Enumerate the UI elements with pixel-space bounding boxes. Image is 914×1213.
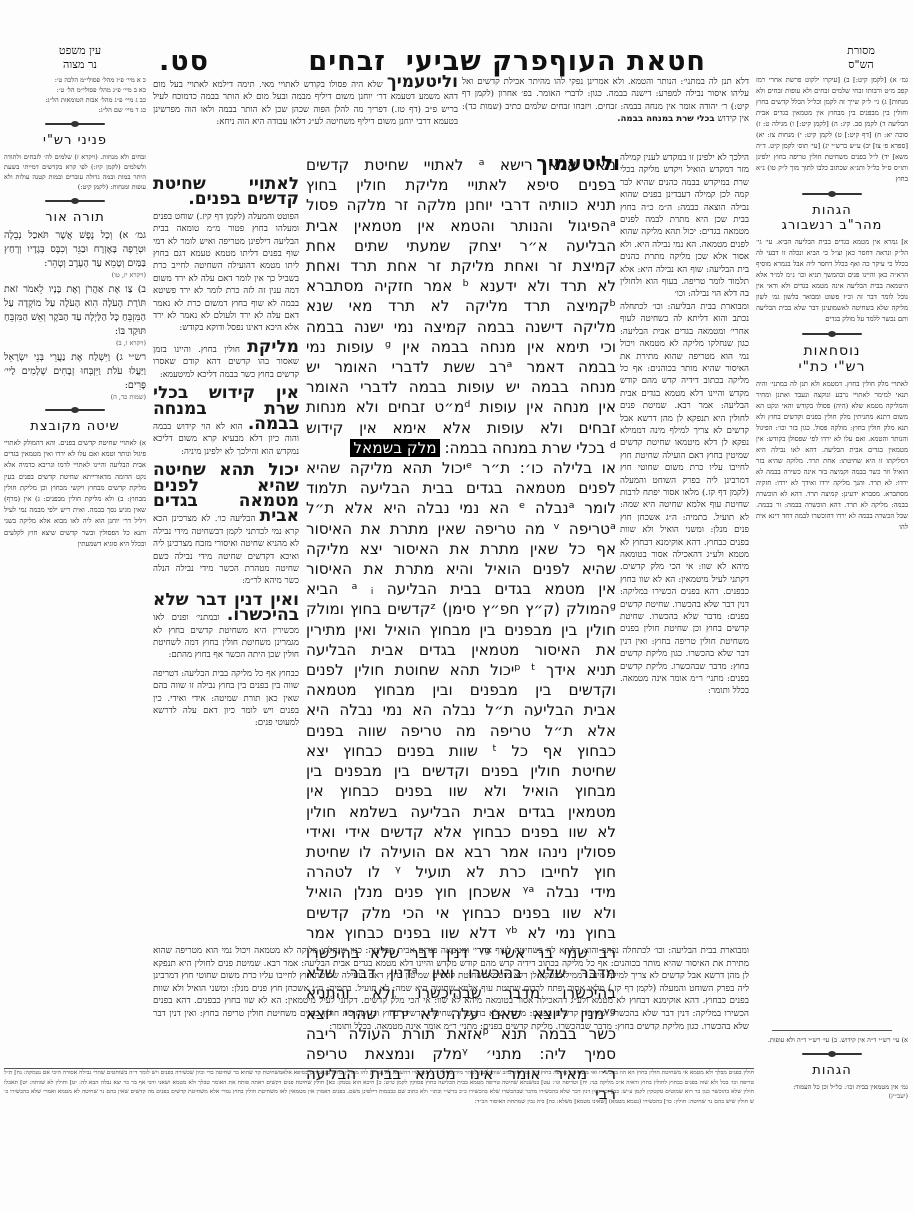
penei-rashi-text: זבחים ולא מנחות. (ויקרא ז) שלמים לה׳ לזב… [4, 152, 146, 192]
ornament-divider [802, 1053, 862, 1055]
gemara-line: ᵃהפיגול והנותר והטמא אין מטמאין אבית [306, 216, 616, 236]
rashi-text: ומבוארת בבית הבליעה: וכו׳ לכתחלה נכתב וה… [620, 301, 749, 698]
shita-mekubetzet-title: שיטה מקובצת [4, 419, 146, 434]
gemara-line: מליקה דישנה בבמה קמיצה נמי ישנה בבמה [306, 317, 616, 337]
gemara-line: בבמה דאמר ᵃרב ששת לדברי האומר יש [306, 357, 616, 377]
gemara-line: שחיטת חולין בפנים וקדשים בין מבפנים בין [306, 761, 616, 781]
masoret-hashas-header: מסורת הש"ס [826, 44, 896, 72]
ein-mishpat-entries: כ א מיי׳ פ״ז מהל׳ פסולי״מ הלכה ט׳: כא ב … [4, 75, 146, 115]
divider-line [772, 1030, 892, 1031]
nuschaot-title: נוסחאות [756, 343, 908, 359]
verse-ref: (שמות כד, ה) [4, 393, 146, 401]
notes-text: א) עי׳ רש״י ד״ה אין קידוש. ב) עי׳ רש״י ד… [756, 1035, 908, 1045]
hagahot-text: א] גמרא אין מטמא בגדים בבית הבליעה הביא.… [756, 237, 908, 325]
gemara-line: אבית הבליעה ת״ל נבלה הא נמי נבלה היא [306, 700, 616, 720]
rashi-bottom-text: ומבוארת בבית הבליעה: וכו׳ לכתחלה נכתב וה… [153, 946, 749, 1032]
gemara-line: שהיא לפנים הואיל והיא מתרת את האיסור [306, 559, 616, 579]
gemara-line: הבליעה א״ר יצחק שמעתי שתים אחת [306, 236, 616, 256]
verse-text: גמ׳ א) וְכָל נֶפֶשׁ אֲשֶׁר תֹּאכַל נְבֵל… [4, 229, 146, 271]
left-margin: כ א מיי׳ פ״ז מהל׳ פסולי״מ הלכה ט׳: כא ב … [4, 75, 146, 550]
right-margin-bottom: א) עי׳ רש״י ד״ה אין קידוש. ב) עי׳ רש״י ד… [756, 1030, 908, 1100]
torah-or-verse: ב) צַו אֶת אַהֲרֹן וְאֶת בָּנָיו לֵאמֹר … [4, 283, 146, 347]
tosafot-column: לאתויי שחיטת קדשים בפנים. הפוטט והמעלה (… [153, 178, 299, 730]
gemara-line: תניא אידך ᵖ ᵗיכול תהא שחוטת חולין לפנים [306, 660, 616, 680]
gemara-line: ᵍהמולק (ק״ץ חפ״ץ סימן) ᶻקדשים בחוץ ומולק [306, 599, 616, 619]
ein-mishpat-entry: כב ג מיי׳ פ״ג מהל׳ אבות הטומאות הל״ג: [4, 95, 146, 105]
hashas-label: הש"ס [826, 58, 896, 72]
rashi-text: הילכך לא ילפינן זו במקדש לענין קמילה מזר… [620, 152, 749, 301]
verse-ref: (ויקרא ו, ב) [4, 339, 146, 347]
gemara-line: אין מנחה אין עופות ᵈמ״ט זבחים ולא מנחות [306, 397, 616, 417]
rashi-bottom: ומבוארת בבית הבליעה: וכו׳ לכתחלה נכתב וה… [153, 945, 749, 1033]
masechet-name: זבחים [308, 46, 386, 77]
tosafot-dibbur-hamatchil: לאתויי שחיטת קדשים בפנים. [153, 174, 299, 209]
hagahot-bottom-text: גמ׳ אין מטמאין בבית וכו׳. כל״ל וכן כל הע… [756, 1082, 908, 1092]
tosafot-text: הפוטט והמעלה (לקמן דף קיז.) שוחט בפנים ו… [153, 211, 299, 335]
torah-or-verse: גמ׳ א) וְכָל נֶפֶשׁ אֲשֶׁר תֹּאכַל נְבֵל… [4, 229, 146, 279]
gemara-line: ולא שוו בפנים כבחוץ אי הכי מלק קדשים [306, 903, 616, 923]
gemara-line: מבחוץ הואיל ולא שוו בפנים כבחוץ אין [306, 781, 616, 801]
gemara-line: לפנים מטמאה בגדים בבית הבליעה תלמוד [306, 478, 616, 498]
masoret-hashas-text: גמ׳ א) [לקמן קיט:] ב) [עיקרו ילקוט פרשת … [756, 75, 908, 185]
gemara-line: מנחה בבמה יש עופות בבמה לדברי האומר [306, 377, 616, 397]
gemara-line: כבחוץ אף כל ᵗ שוות בפנים כבחוץ יצא [306, 741, 616, 761]
gemara-line: בפנים סיפא לאתויי מליקת חולין בחוץ [306, 175, 616, 195]
gemara-line: לא שוו בפנים כבחוץ אלא קדשים אידי ואידי [306, 822, 616, 842]
masoret-label: מסורת [826, 44, 896, 58]
hagahot-title: הגהות [756, 203, 908, 218]
penei-rashi-title: פניני רש"י [4, 133, 146, 148]
gemara-line: פסולין נינהו אמר רבא אם הועילה לו שחיטת [306, 842, 616, 862]
gemara-line: מטמאין בגדים אבית הבליעה בשלמא חולין [306, 802, 616, 822]
right-margin: גמ׳ א) [לקמן קיט:] ב) [עיקרו ילקוט פרשת … [756, 75, 908, 533]
gemara-line: וכי תימא אין מנחה בבמה אין ᵍ עופות נמי [306, 337, 616, 357]
tosafot-dibbur-hamatchil: מליקת [247, 337, 299, 357]
nuschaot-subtitle: רש"י כת"י [756, 359, 908, 375]
gemara-line: ᵃטריפה ᵛ מה טריפה שאין מתרת את האיסור [306, 519, 616, 539]
gemara-line: תניא כוותיה דרבי יוחנן מלקה זר מלקה פסול [306, 195, 616, 215]
hagahot-bottom-title: הגהות [756, 1063, 908, 1078]
ornament-divider [45, 200, 105, 202]
verse-text: רש״י ג) וַיִּשְׁלַח אֶת נַעֲרֵי בְּנֵי י… [4, 351, 146, 393]
gemara-line-with-highlight: ᵈ בכלי שרת במנחה בבמה: מלק בשמאל [306, 438, 616, 458]
gemara-line: סמיך ליה: מתני׳ ᵞמלק ונמצאת טריפה [306, 1044, 616, 1064]
gemara-line: את האיסור מטמאין בגדים אבית הבליעה [306, 640, 616, 660]
highlighted-phrase[interactable]: מלק בשמאל [350, 439, 439, 457]
gemara-line: או בלילה כו׳: ת״ר ᵉיכול תהא מליקה שהיא [306, 458, 616, 478]
gemara-line: וקדשים בין מבפנים ובין מבחוץ מטמאה [306, 680, 616, 700]
hagahot-bottom-ref: (יעב״ץ) [756, 1092, 908, 1100]
ein-mishpat-entry: כג ד מיי׳ שם הל״ג: [4, 105, 146, 115]
gemara-line: אלא ת״ל טריפה מה טריפה שווה בפנים [306, 721, 616, 741]
torah-or-verse: רש״י ג) וַיִּשְׁלַח אֶת נַעֲרֵי בְּנֵי י… [4, 351, 146, 401]
rashi-top: דלא תנן לה במתני׳: הנותר והטמא. ולא אמרי… [462, 76, 749, 126]
gemara-line: לא תרד ולא ידענא ᵇ אמר חזקיה מסתברא [306, 276, 616, 296]
gemara-line: חוץ לחייבו כרת לא תועיל ᵞ לו לטהרה [306, 862, 616, 882]
gemara-line: זבחים ולא עופות אלא אימא אין קידוש [306, 418, 616, 438]
gemara-line: ᵈ בכלי שרת במנחה בבמה: [444, 439, 616, 457]
verse-ref: (ויקרא יז, טו) [4, 271, 146, 279]
gemara-line: בחוץ נמי לא ᵞᵇ דלא שוו בפנים כבחוץ אמר [306, 923, 616, 943]
footnote-text: חולין בפנים מבלך ולא מטמא אי משחיטת חולי… [4, 1069, 754, 1107]
tosafot-text: הבליעה כו׳. לא מצרכינן הכא קרא נמי לכדתנ… [153, 514, 299, 586]
ornament-divider [45, 409, 105, 411]
verse-text: ב) צַו אֶת אַהֲרֹן וְאֶת בָּנָיו לֵאמֹר … [4, 283, 146, 339]
rashi-left-bottom: כבחוץ אף כל מליקה בבית הבליעה: דטריפה שו… [153, 668, 299, 730]
ein-mishpat-entry: כ א מיי׳ פ״ז מהל׳ פסולי״מ הלכה ט׳: [4, 75, 146, 85]
perek-name: חטאת העוף [549, 46, 706, 77]
tosafot-top: וליטעמיך שלא היה פסולו בקודש לאתויי מאי.… [153, 76, 458, 129]
ner-mitzvah-label: נר מצוה [30, 58, 130, 72]
gemara-line: ᵇקמיצה תרד מליקה לא תרד מאי שנא [306, 296, 616, 316]
ornament-divider [45, 123, 105, 125]
gemara-line: קמיצת זר ואחת מליקת זר אחת תרד ואחת [306, 256, 616, 276]
ornament-divider [802, 333, 862, 335]
ornament-divider [802, 193, 862, 195]
rashi-column: הילכך לא ילפינן זו במקדש לענין קמילה מזר… [620, 152, 749, 698]
rashi-dibbur-hamatchil: בכלי שרת במנחה בבמה. [617, 114, 714, 124]
ein-mishpat-header: עין משפט נר מצוה [30, 44, 130, 72]
nuschaot-text: לאתויי מלק חולין בחוץ. דמטמא ולא תנן לה … [756, 379, 908, 533]
ein-mishpat-label: עין משפט [30, 44, 130, 58]
footnotes: חולין בפנים מבלך ולא מטמא אי משחיטת חולי… [4, 1068, 754, 1107]
daf-number: סט. [159, 46, 209, 77]
gemara-line: מידי נבלה ᵞᵃ אשכחן חוץ פנים מנלן הואיל [306, 882, 616, 902]
ein-mishpat-entry: כא ב מיי׳ פ״ג מהל׳ פסולי״מ הל׳ ט׳: [4, 85, 146, 95]
gemara-line: חולין בין מבפנים בין מבחוץ הואיל ואין מת… [306, 620, 616, 640]
gemara-line: אין מטמא בגדים בבית הבליעה ᵃ ᵢ הביא [306, 579, 616, 599]
gemara-line: לומר ᵃנבלה ᵉ הא נמי נבלה היא אלא ת״ל [306, 498, 616, 518]
shita-mekubetzet-text: א) לאתויי שחיטת קדשים בפנים. והא דהמולק … [4, 438, 146, 550]
gemara-line: אף כל שאין מתרת את האיסור יצא מליקה [306, 539, 616, 559]
gemara-line: מאי אלא רישא ᵃ לאתויי שחיטת קדשים [306, 155, 616, 175]
hagahot-subtitle: מהר"ב רנשבורג [756, 218, 908, 233]
torah-or-title: תורה אור [4, 210, 146, 225]
tosafot-dibbur-hamatchil: וליטעמיך [387, 72, 458, 92]
